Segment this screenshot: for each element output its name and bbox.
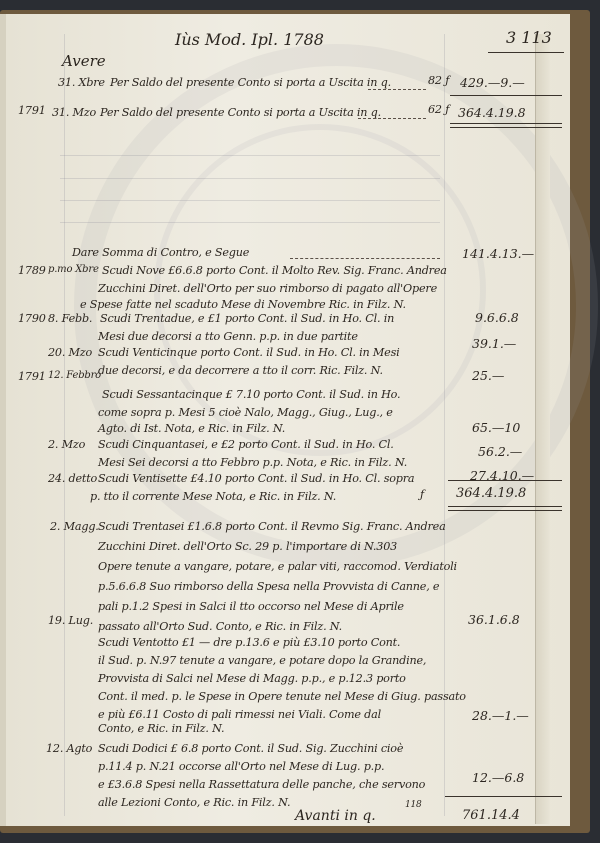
entry-line: passato all'Orto Sud. Conto, e Ric. in F… [98, 620, 342, 633]
leader-dashes [358, 118, 426, 119]
entry-line: e Spese fatte nel scaduto Mese di Novemb… [80, 298, 406, 311]
entry-line: Scudi Trentasei £1.6.8 porto Cont. il Re… [98, 520, 446, 533]
entry-line: Opere tenute a vangare, potare, e palar … [98, 560, 457, 573]
ruled-line [60, 200, 440, 201]
entry-line: Scudi Ventisette £4.10 porto Cont. il Su… [98, 472, 414, 485]
leader-dashes [290, 258, 440, 259]
entry-line: e più £6.11 Costo di pali rimessi nei Vi… [98, 708, 381, 721]
entry-amount: 39.1.— [472, 336, 516, 351]
entry-line: Cont. il med. p. le Spese in Opere tenut… [98, 690, 466, 703]
entry-text: Dare Somma di Contro, e Segue [72, 246, 249, 259]
entry-date: p.mo Xbre [48, 264, 99, 275]
binding-edge [0, 14, 6, 826]
entry-line: come sopra p. Mesi 5 cioè Nalo, Magg., G… [98, 406, 393, 419]
entry-amount: 25.— [472, 368, 504, 383]
entry-line: p.11.4 p. N.21 occorse all'Orto nel Mese… [98, 760, 384, 773]
entry-date: 8. Febb. [48, 312, 92, 325]
subtotal-ref: ƒ [420, 488, 424, 501]
entry-line: Zucchini Diret. dell'Orto per suo rimbor… [98, 282, 437, 295]
entry-date: 24. detto [48, 472, 97, 485]
ruled-line [60, 155, 440, 156]
entry-line: p.5.6.6.8 Suo rimborso della Spesa nella… [98, 580, 439, 593]
entry-line: Scudi Venticinque porto Cont. il Sud. in… [98, 346, 400, 359]
entry-amount: 364.4.19.8 [458, 105, 526, 120]
carry-forward-total: 761.14.4 [462, 808, 520, 823]
page-number-underline [488, 52, 564, 53]
entry-year: 1791 [18, 370, 46, 383]
entry-date: 2. Magg. [50, 520, 99, 533]
entry-date: 31. Xbre [58, 76, 105, 89]
entry-line: Scudi Ventotto £1 — dre p.13.6 e più £3.… [98, 636, 400, 649]
avere-label: Avere [62, 52, 106, 70]
margin-line [64, 34, 65, 816]
entry-amount: 9.6.6.8 [475, 310, 519, 325]
entry-line: Mesi Sei decorsi a tto Febbro p.p. Nota,… [98, 456, 407, 469]
entry-date: 2. Mzo [48, 438, 85, 451]
entry-line: Zucchini Diret. dell'Orto Sc. 29 p. l'im… [98, 540, 397, 553]
total-rule [445, 796, 562, 797]
entry-amount: 28.—1.— [472, 708, 529, 723]
entry-date: 12. Agto [46, 742, 92, 755]
entry-line: Mesi due decorsi a tto Genn. p.p. in due… [98, 330, 358, 343]
entry-amount: 429.—9.— [460, 75, 525, 90]
entry-amount: 65.—10 [472, 420, 520, 435]
carry-forward-label: Avanti in q. [295, 808, 376, 824]
entry-line: Agto. di Ist. Nota, e Ric. in Filz. N. [98, 422, 285, 435]
subtotal-amount: 364.4.19.8 [456, 486, 526, 501]
entry-line: p. tto il corrente Mese Nota, e Ric. in … [90, 490, 336, 503]
carry-forward-ref: 118 [405, 800, 422, 810]
entry-line: Scudi Trentadue, e £1 porto Cont. il Sud… [100, 312, 394, 325]
entry-line: Conto, e Ric. in Filz. N. [98, 722, 224, 735]
entry-line: pali p.1.2 Spesi in Salci il tto occorso… [98, 600, 404, 613]
entry-date: 12. Febbro [48, 370, 101, 381]
entry-ref: 82 ƒ [428, 74, 449, 87]
amount-rule [450, 95, 562, 96]
entry-text: Per Saldo del presente Conto si porta a … [100, 106, 381, 119]
entry-line: il Sud. p. N.97 tenute a vangare, e pota… [98, 654, 426, 667]
entry-line: Scudi Dodici £ 6.8 porto Cont. il Sud. S… [98, 742, 403, 755]
page-number: 3 113 [506, 28, 552, 47]
entry-line: due decorsi, e da decorrere a tto il cor… [98, 364, 383, 377]
total-double-rule [450, 123, 562, 128]
entry-line: Scudi Cinquantasei, e £2 porto Cont. il … [98, 438, 394, 451]
entry-line: alle Lezioni Conto, e Ric. in Filz. N. [98, 796, 290, 809]
entry-line: Provvista di Salci nel Mese di Magg. p.p… [98, 672, 406, 685]
entry-year: 1789 [18, 264, 46, 277]
entry-line: Scudi Nove £6.6.8 porto Cont. il Molto R… [102, 264, 447, 277]
subtotal-double-rule [448, 506, 562, 511]
entry-amount: 12.—6.8 [472, 770, 524, 785]
entry-amount: 36.1.6.8 [468, 612, 520, 627]
entry-year: 1790 [18, 312, 46, 325]
entry-text: Per Saldo del presente Conto si porta a … [110, 76, 391, 89]
entry-line: e £3.6.8 Spesi nella Rassettatura delle … [98, 778, 425, 791]
entry-line: Scudi Sessantacinque £ 7.10 porto Cont. … [102, 388, 400, 401]
entry-date: 19. Lug. [48, 614, 93, 627]
leader-dashes [368, 89, 426, 90]
page-edge [535, 34, 550, 824]
subtotal-rule [448, 480, 562, 481]
entry-year: 1791 [18, 104, 46, 117]
entry-amount: 141.4.13.— [462, 246, 534, 261]
entry-date: 31. Mzo [52, 106, 96, 119]
entry-amount: 56.2.— [478, 444, 522, 459]
page-title: Iùs Mod. Ipl. 1788 [175, 30, 324, 49]
ruled-line [60, 178, 440, 179]
ruled-line [60, 222, 440, 223]
entry-date: 20. Mzo [48, 346, 92, 359]
entry-ref: 62 ƒ [428, 103, 449, 116]
